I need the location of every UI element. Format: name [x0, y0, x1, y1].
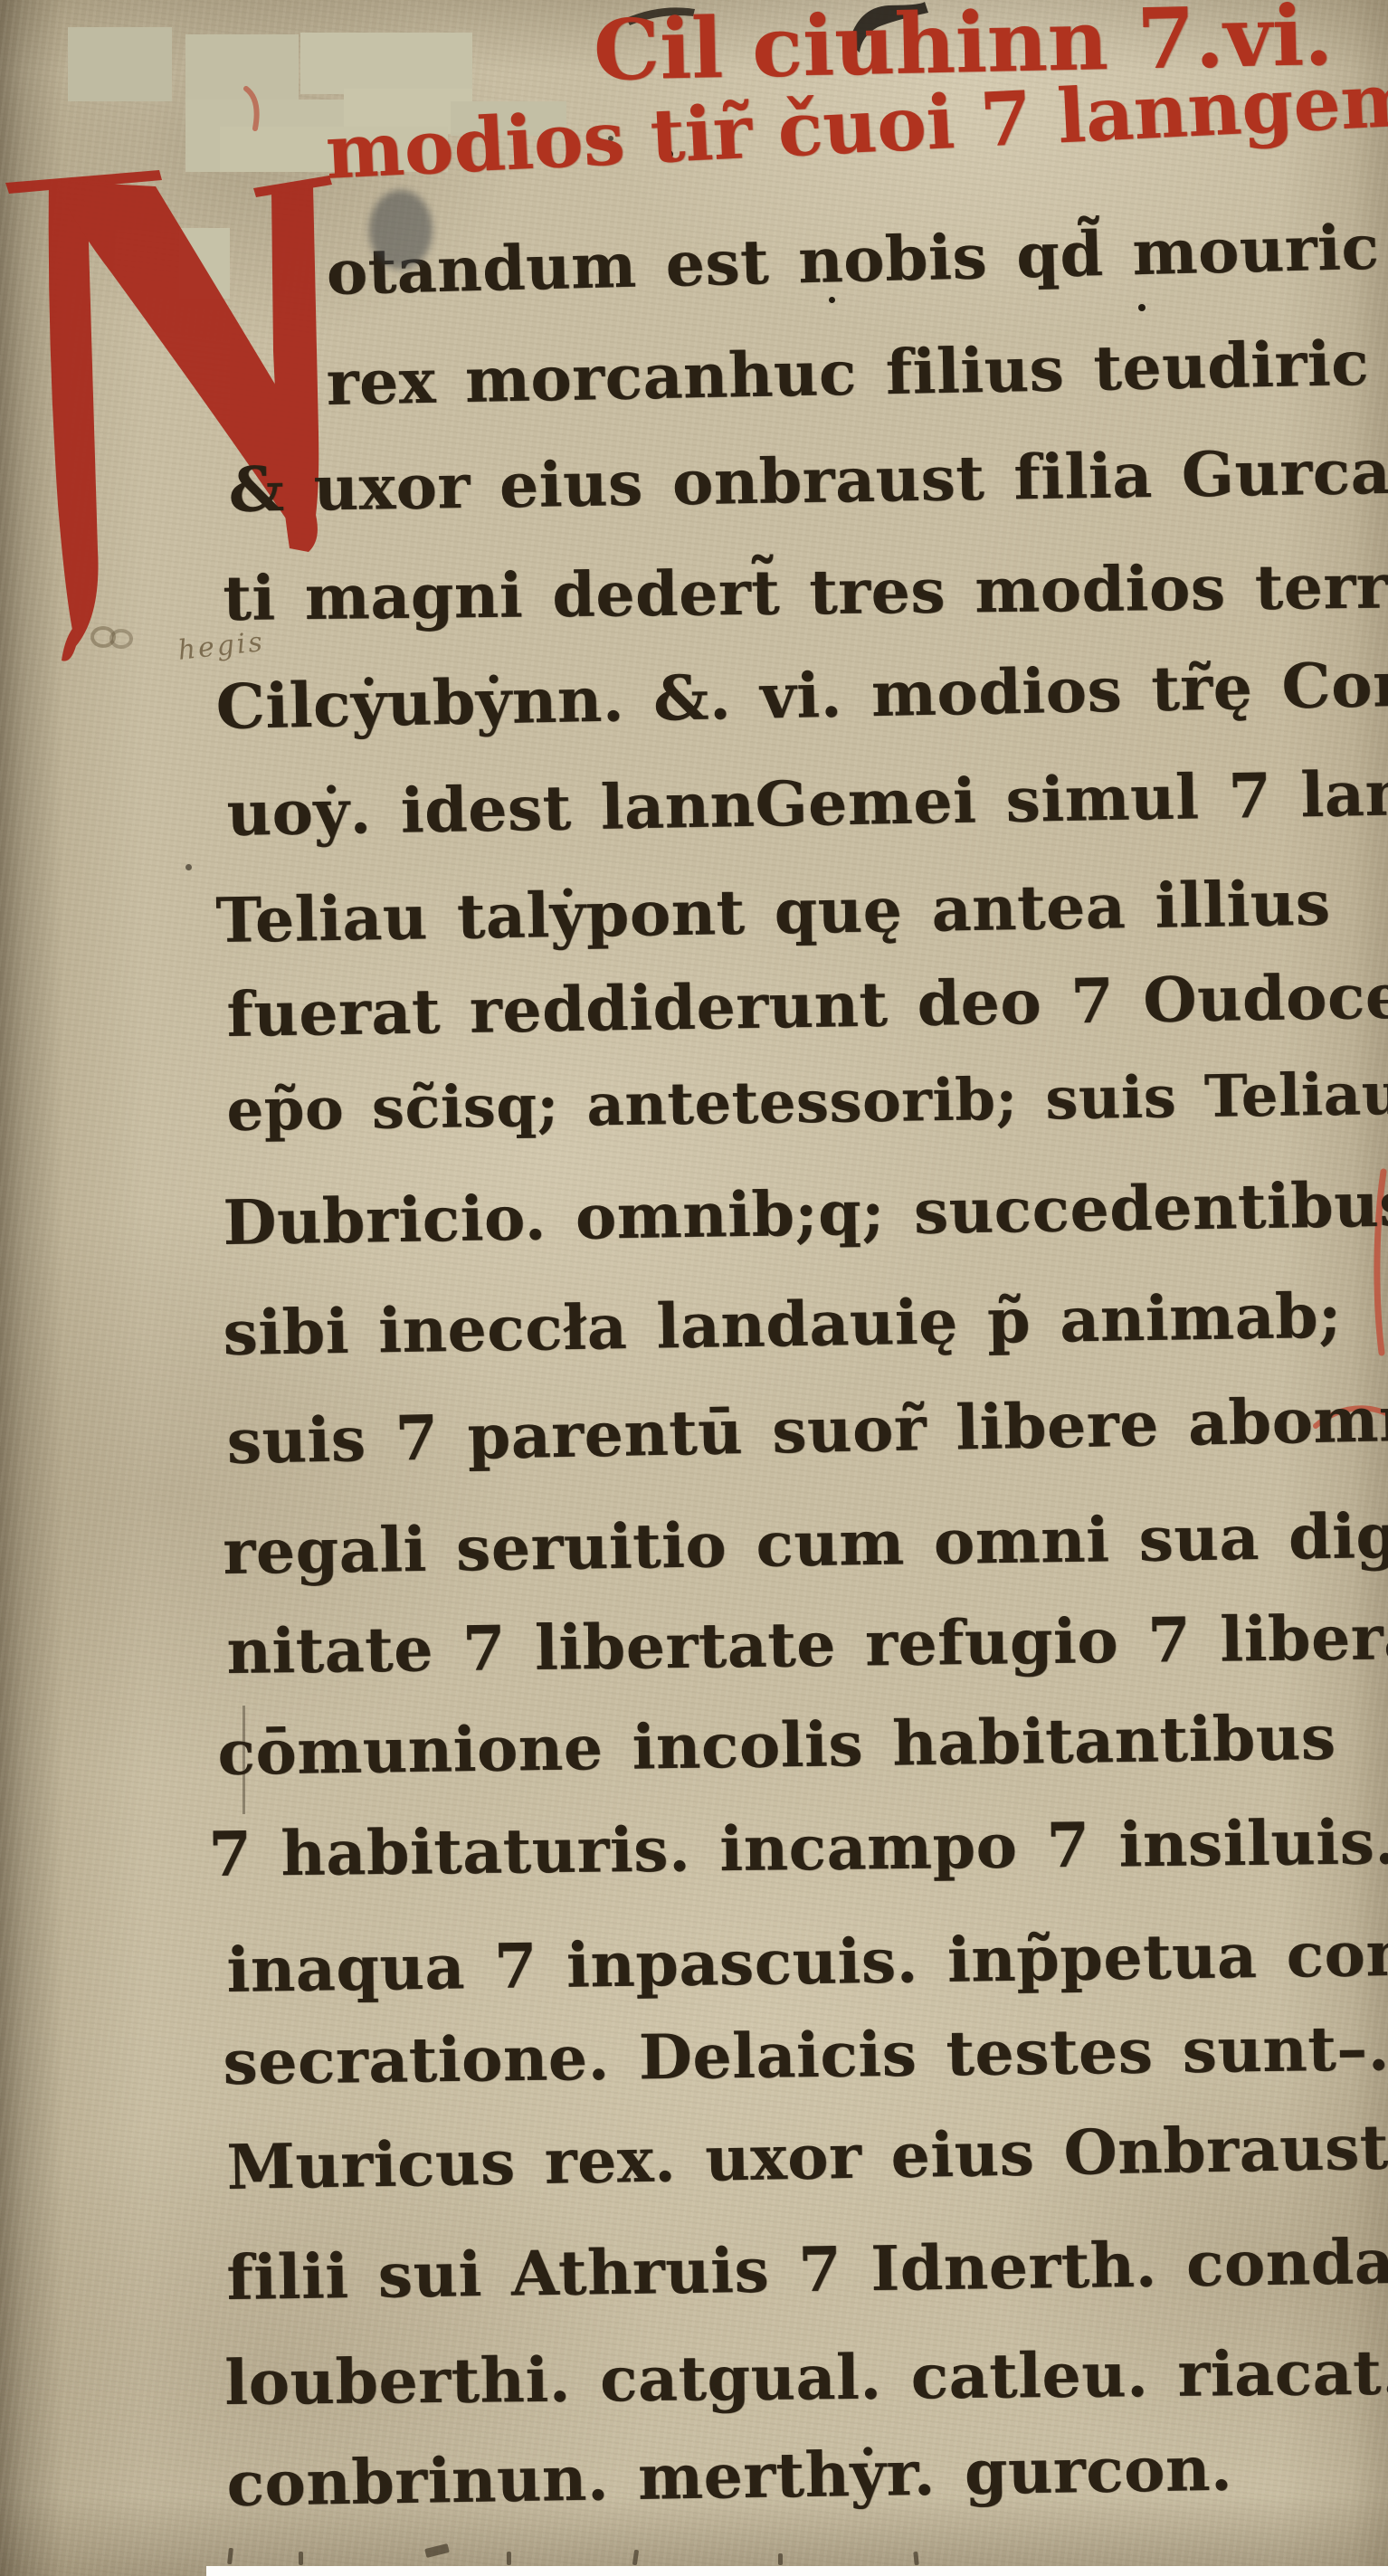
text-line: cōmunione incolis habitantibus	[217, 1707, 1336, 1784]
text-line: uoẏ. idest lannGemei simul 7 lan	[226, 763, 1388, 845]
text-line: fuerat reddiderunt deo 7 Oudoceo	[226, 965, 1388, 1046]
text-line: louberthi. catgual. catleu. riacat.	[224, 2343, 1388, 2414]
text-line: nitate 7 libertate refugio 7 libera	[226, 1607, 1388, 1683]
text-line: 7 habitaturis. incampo 7 insiluis.	[208, 1811, 1388, 1886]
ink-speck	[829, 297, 835, 303]
text-line: sibi ineccła landauię p̃ animab;	[223, 1286, 1342, 1364]
text-line: secratione. Delaicis testes sunt–.	[223, 2018, 1388, 2094]
cut-letter-tip	[299, 2552, 303, 2565]
white-mask-strip	[206, 2566, 1388, 2576]
ink-speck	[1138, 304, 1146, 311]
text-line: ti magni dedert̃ tres modios terrę	[223, 556, 1388, 630]
cut-letter-tip	[778, 2553, 783, 2565]
ink-speck	[185, 864, 192, 870]
text-line: Dubricio. omnib;q; succedentibus	[223, 1174, 1388, 1254]
text-line: inaqua 7 inpascuis. inp̃petua con	[226, 1924, 1388, 2001]
text-line: Muricus rex. uxor eius Onbraust	[226, 2117, 1388, 2199]
text-line: regali seruitio cum omni sua dig	[223, 1506, 1388, 1583]
text-line: conbrinun. merthẏr. gurcon.	[226, 2438, 1233, 2515]
text-line: ep̃o sc̃isq; antetessorib; suis Teliauo	[226, 1065, 1388, 1140]
text-line: & uxor eius onbraust filia Gurcan	[228, 441, 1388, 521]
text-line: Teliau talẏpont quę antea illius	[215, 873, 1331, 952]
red-pen-mark	[241, 87, 268, 132]
ink-blot	[369, 190, 433, 270]
cut-letter-tip	[507, 2552, 511, 2565]
text-line: rex morcanhuc filius teudiric	[326, 333, 1370, 414]
masked-patch	[68, 27, 172, 101]
masked-patch	[300, 33, 472, 94]
text-line: filii sui Athruis 7 Idnerth. condaf.	[226, 2230, 1388, 2309]
